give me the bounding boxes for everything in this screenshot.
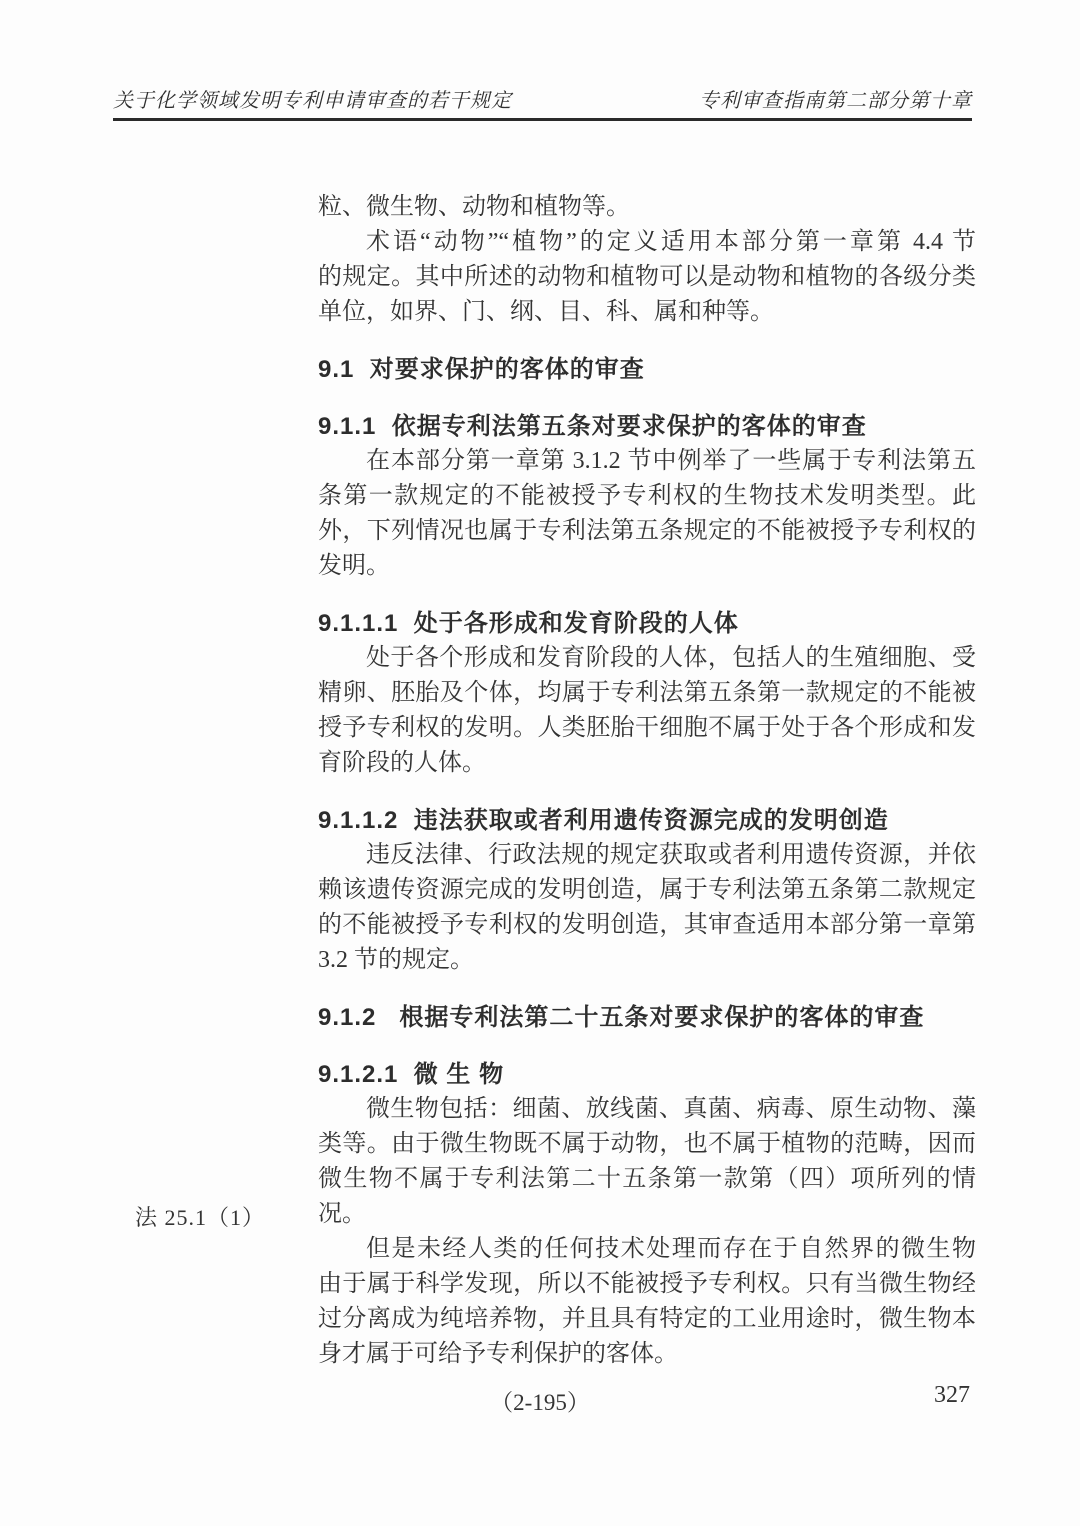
section-heading: 9.1.2.1 微 生 物 [318, 1057, 976, 1092]
text-line: 违反法律、行政法规的规定获取或者利用遗传资源，并依 [318, 838, 976, 873]
text-line: 发明。 [318, 549, 976, 584]
text-line: 的不能被授予专利权的发明创造，其审查适用本部分第一章第 [318, 908, 976, 943]
text-line: 类等。由于微生物既不属于动物，也不属于植物的范畴，因而 [318, 1127, 976, 1162]
text-line: 单位，如界、门、纲、目、科、属和种等。 [318, 295, 976, 330]
text-line: 在本部分第一章第 3.1.2 节中例举了一些属于专利法第五 [318, 444, 976, 479]
text-line: 由于属于科学发现，所以不能被授予专利权。只有当微生物经 [318, 1267, 976, 1302]
section-heading: 9.1 对要求保护的客体的审查 [318, 352, 976, 387]
text-line: 外，下列情况也属于专利法第五条规定的不能被授予专利权的 [318, 514, 976, 549]
footer-section-page-label: （2-195） [0, 1384, 1080, 1417]
text-line: 微生物包括：细菌、放线菌、真菌、病毒、原生动物、藻 [318, 1092, 976, 1127]
header-left-title: 关于化学领域发明专利申请审查的若干规定 [113, 84, 512, 113]
text-line: 的规定。其中所述的动物和植物可以是动物和植物的各级分类 [318, 260, 976, 295]
running-header: 关于化学领域发明专利申请审查的若干规定 专利审查指南第二部分第十章 [113, 84, 972, 121]
text-line: 赖该遗传资源完成的发明创造，属于专利法第五条第二款规定 [318, 873, 976, 908]
paragraph: 粒、微生物、动物和植物等。 [318, 190, 976, 225]
text-line: 但是未经人类的任何技术处理而存在于自然界的微生物 [318, 1232, 976, 1267]
document-content: 粒、微生物、动物和植物等。术语“动物”“植物”的定义适用本部分第一章第 4.4 … [318, 190, 976, 1372]
paragraph: 在本部分第一章第 3.1.2 节中例举了一些属于专利法第五条第一款规定的不能被授… [318, 444, 976, 584]
paragraph: 微生物包括：细菌、放线菌、真菌、病毒、原生动物、藻类等。由于微生物既不属于动物，… [318, 1092, 976, 1232]
paragraph: 处于各个形成和发育阶段的人体，包括人的生殖细胞、受精卵、胚胎及个体，均属于专利法… [318, 641, 976, 781]
text-line: 精卵、胚胎及个体，均属于专利法第五条第一款规定的不能被 [318, 676, 976, 711]
text-line: 粒、微生物、动物和植物等。 [318, 190, 976, 225]
text-line: 微生物不属于专利法第二十五条第一款第（四）项所列的情况。 [318, 1162, 976, 1232]
text-line: 育阶段的人体。 [318, 746, 976, 781]
law-reference-margin-note: 法 25.1（1） [135, 1201, 265, 1232]
paragraph: 但是未经人类的任何技术处理而存在于自然界的微生物由于属于科学发现，所以不能被授予… [318, 1232, 976, 1372]
section-heading: 9.1.1.1 处于各形成和发育阶段的人体 [318, 606, 976, 641]
text-line: 3.2 节的规定。 [318, 943, 976, 978]
section-heading: 9.1.1.2 违法获取或者利用遗传资源完成的发明创造 [318, 803, 976, 838]
section-heading: 9.1.2 根据专利法第二十五条对要求保护的客体的审查 [318, 1000, 976, 1035]
paragraph: 违反法律、行政法规的规定获取或者利用遗传资源，并依赖该遗传资源完成的发明创造，属… [318, 838, 976, 978]
text-line: 授予专利权的发明。人类胚胎干细胞不属于处于各个形成和发 [318, 711, 976, 746]
text-line: 处于各个形成和发育阶段的人体，包括人的生殖细胞、受 [318, 641, 976, 676]
paragraph: 术语“动物”“植物”的定义适用本部分第一章第 4.4 节的规定。其中所述的动物和… [318, 225, 976, 330]
header-right-title: 专利审查指南第二部分第十章 [699, 84, 972, 113]
text-line: 条第一款规定的不能被授予专利权的生物技术发明类型。此 [318, 479, 976, 514]
text-line: 过分离成为纯培养物，并且具有特定的工业用途时，微生物本 [318, 1302, 976, 1337]
footer-page-number: 327 [934, 1382, 970, 1409]
text-line: 身才属于可给予专利保护的客体。 [318, 1337, 976, 1372]
document-page: 关于化学领域发明专利申请审查的若干规定 专利审查指南第二部分第十章 粒、微生物、… [0, 0, 1080, 1526]
section-heading: 9.1.1 依据专利法第五条对要求保护的客体的审查 [318, 409, 976, 444]
text-line: 术语“动物”“植物”的定义适用本部分第一章第 4.4 节 [318, 225, 976, 260]
